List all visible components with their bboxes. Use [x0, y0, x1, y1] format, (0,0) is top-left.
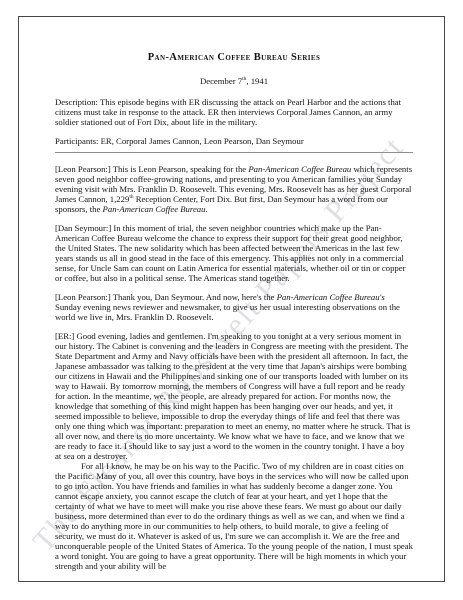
transcript-paragraph: [ER:] Good evening, ladies and gentlemen… — [55, 331, 413, 461]
transcript-paragraph: [Leon Pearson:] This is Leon Pearson, sp… — [55, 164, 413, 214]
transcript-paragraph: For all I know, he may be on his way to … — [55, 461, 413, 571]
transcript: [Leon Pearson:] This is Leon Pearson, sp… — [55, 164, 413, 571]
page-content: Pan-American Coffee Bureau Series Decemb… — [55, 52, 413, 571]
document-viewer: The Eleanor Roosevelt Papers Project Pan… — [0, 0, 463, 600]
document-date: December 7th, 1941 — [55, 76, 413, 86]
participants-line: Participants: ER, Corporal James Cannon,… — [55, 136, 413, 146]
episode-description: Description: This episode begins with ER… — [55, 97, 413, 127]
transcript-paragraph: [Leon Pearson:] Thank you, Dan Seymour. … — [55, 292, 413, 322]
document-title: Pan-American Coffee Bureau Series — [55, 52, 413, 64]
section-divider — [55, 152, 413, 153]
document-page: The Eleanor Roosevelt Papers Project Pan… — [18, 16, 445, 582]
transcript-paragraph: [Dan Seymour:] In this moment of trial, … — [55, 223, 413, 283]
